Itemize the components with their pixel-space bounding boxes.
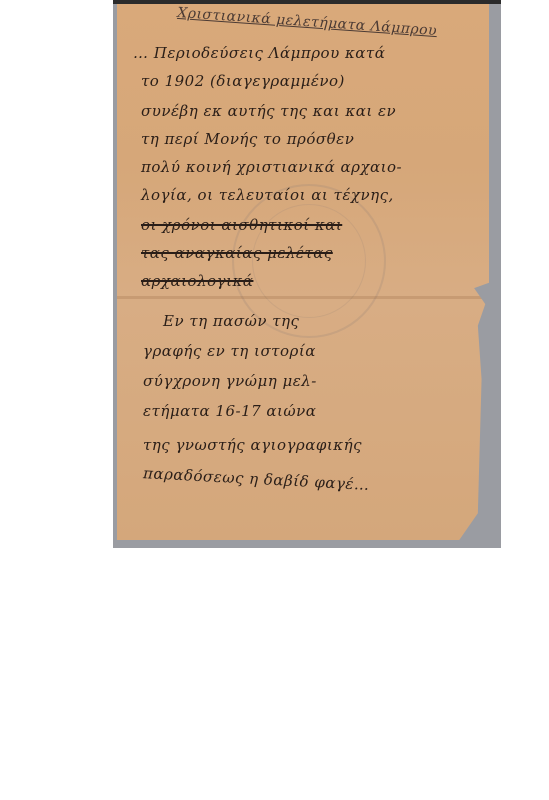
manuscript-line: Εν τη πασών της — [163, 312, 299, 330]
manuscript-line: γραφής εν τη ιστορία — [143, 342, 316, 360]
scanned-page: Χριστιανικά μελετήματα Λάμπρου … Περιοδε… — [113, 0, 501, 548]
manuscript-line: συνέβη εκ αυτής της και και εν — [141, 102, 396, 120]
manuscript-line: σύγχρονη γνώμη μελ- — [143, 372, 317, 390]
manuscript-line: της γνωστής αγιογραφικής — [143, 436, 362, 454]
struck-line: αρχαιολογικά — [141, 272, 253, 290]
manuscript-line: παραδόσεως η δαβίδ φαγέ… — [143, 464, 370, 494]
manuscript-line: … Περιοδεύσεις Λάμπρου κατά — [133, 44, 385, 62]
scanner-edge — [113, 0, 501, 4]
struck-line: οι χρόνοι αισθητικοί και — [141, 216, 342, 234]
manuscript-line: ετήματα 16-17 αιώνα — [143, 402, 316, 420]
manuscript-line: τη περί Μονής το πρόσθεν — [141, 130, 354, 148]
manuscript-line: πολύ κοινή χριστιανικά αρχαιο- — [141, 158, 402, 176]
manuscript-paper: Χριστιανικά μελετήματα Λάμπρου … Περιοδε… — [117, 4, 489, 540]
struck-line: τας αναγκαίας μελέτας — [141, 244, 333, 262]
manuscript-line: λογία, οι τελευταίοι αι τέχνης, — [141, 186, 394, 204]
manuscript-line: το 1902 (διαγεγραμμένο) — [141, 72, 345, 90]
manuscript-title: Χριστιανικά μελετήματα Λάμπρου — [177, 5, 438, 39]
